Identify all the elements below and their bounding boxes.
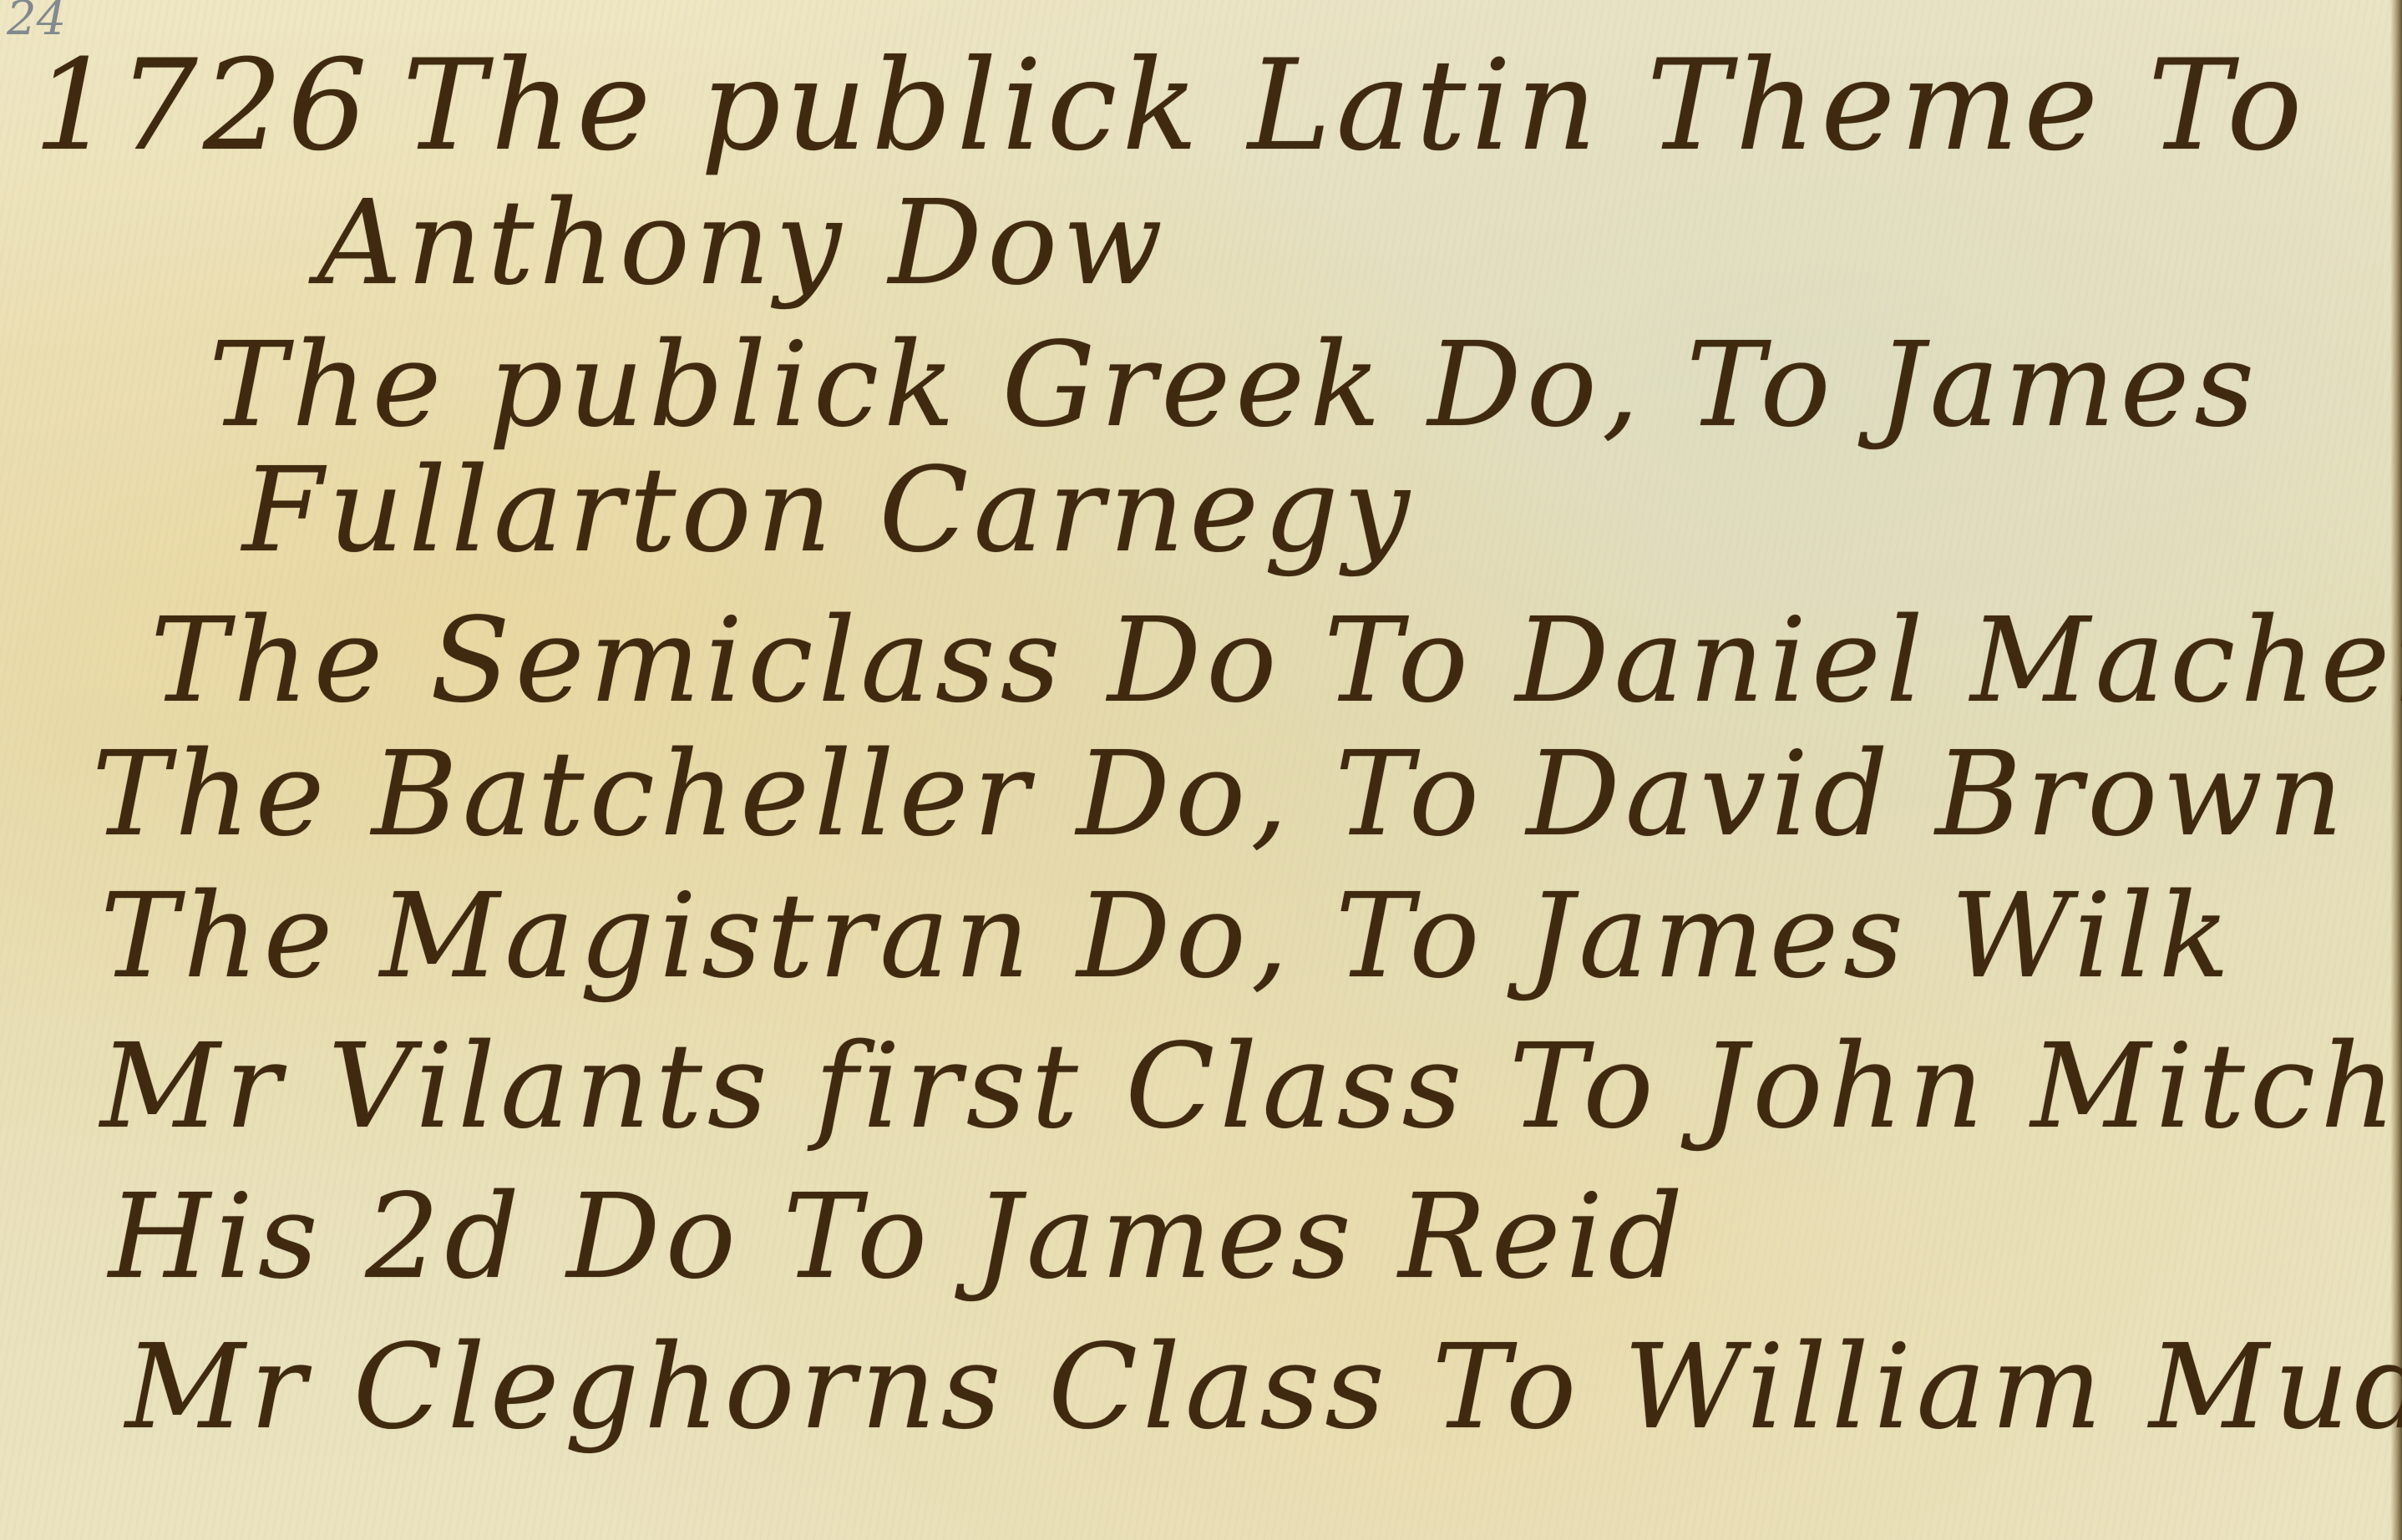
entry-line: His 2d Do To James Reid (109, 1169, 1718, 1305)
entry-text: Fullarton Carnegy (242, 443, 1415, 579)
page-edge (2390, 0, 2402, 1540)
entry-line: Anthony Dow (317, 175, 1198, 312)
manuscript-page: 24 1726The publick Latin Theme To Anthon… (0, 0, 2402, 1540)
entry-line: The Magistran Do, To James Wilk (100, 869, 2264, 1005)
entry-text: The publick Latin Theme To (403, 33, 2308, 179)
entry-line: Fullarton Carnegy (242, 443, 1445, 579)
entry-text: His 2d Do To James Reid (109, 1169, 1688, 1305)
entry-date: 1726 (33, 33, 372, 179)
entry-text: The Magistran Do, To James Wilk (100, 869, 2234, 1005)
entry-line: The Semiclass Do To Daniel Macheich (150, 593, 2402, 729)
entry-text: Mr Vilants first Class To John Mitchell (100, 1019, 2402, 1155)
entry-text: The publick Greek Do, To James (209, 317, 2259, 453)
entry-line: 1726The publick Latin Theme To (33, 33, 2337, 179)
entry-text: The Semiclass Do To Daniel Macheich (150, 593, 2402, 729)
entry-text: Anthony Dow (317, 175, 1168, 312)
entry-line: The Batcheller Do, To David Brown (92, 727, 2378, 863)
entry-text: The Batcheller Do, To David Brown (92, 727, 2348, 863)
entry-line: Mr Cleghorns Class To William Mudie (125, 1320, 2402, 1456)
entry-line: The publick Greek Do, To James (209, 317, 2289, 453)
entry-line: Mr Vilants first Class To John Mitchell (100, 1019, 2402, 1155)
entry-text: Mr Cleghorns Class To William Mudie (125, 1320, 2402, 1456)
